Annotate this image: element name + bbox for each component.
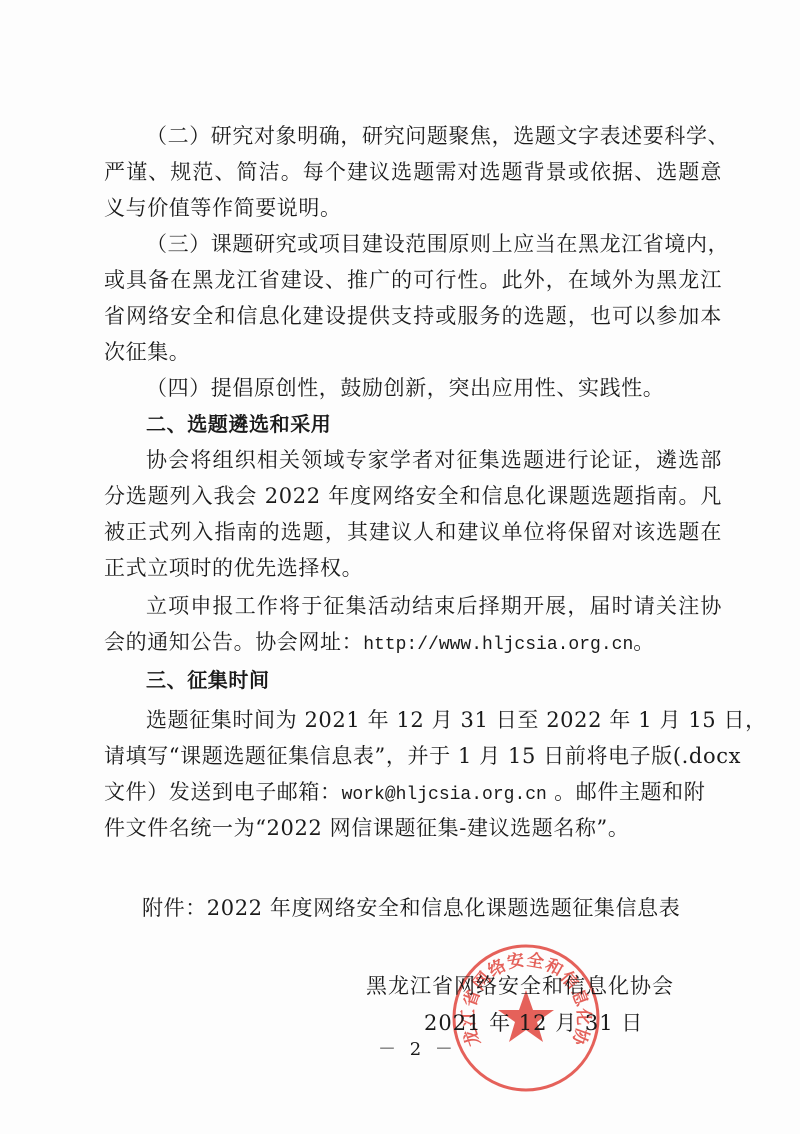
website-link[interactable]: http://www.hljcsia.org.cn: [363, 635, 633, 655]
section-2-line-1: 协会将组织相关领域专家学者对征集选题进行论证，遴选部: [146, 442, 722, 478]
section-2-line-2: 分选题列入我会 2022 年度网络安全和信息化课题选题指南。凡: [104, 478, 722, 514]
item-3-line-3: 省网络安全和信息化建设提供支持或服务的选题，也可以参加本: [104, 298, 722, 334]
signature-organization: 黑龙江省网络安全和信息化协会: [366, 968, 674, 1004]
page-number: － 2 －: [378, 1038, 457, 1062]
section-2-line-4: 正式立项时的优先选择权。: [104, 550, 722, 586]
attachment-note: 附件：2022 年度网络安全和信息化课题选题征集信息表: [142, 890, 742, 926]
document-page: （二）研究对象明确，研究问题聚焦，选题文字表述要科学、 严谨、规范、简洁。每个建…: [0, 0, 800, 1134]
section-2-line-5: 立项申报工作将于征集活动结束后择期开展，届时请关注协: [146, 588, 722, 624]
section-3-line-3: 文件）发送到电子邮箱：work@hljcsia.org.cn 。邮件主题和附: [104, 774, 722, 810]
section-2-line-3: 被正式列入指南的选题，其建议人和建议单位将保留对该选题在: [104, 514, 722, 550]
website-suffix: 。: [633, 630, 655, 654]
item-2-line-3: 义与价值等作简要说明。: [104, 190, 722, 226]
section-3-heading: 三、征集时间: [146, 662, 722, 698]
section-3-line-1: 选题征集时间为 2021 年 12 月 31 日至 2022 年 1 月 15 …: [146, 702, 722, 738]
signature-date: 2021 年 12 月 31 日: [424, 1005, 643, 1041]
email-link[interactable]: work@hljcsia.org.cn: [342, 785, 547, 805]
item-2-line-2: 严谨、规范、简洁。每个建议选题需对选题背景或依据、选题意: [104, 154, 722, 190]
section-3-line-4: 件文件名统一为“2022 网信课题征集-建议选题名称”。: [104, 810, 722, 846]
section-3-line-2: 请填写“课题选题征集信息表”，并于 1 月 15 日前将电子版(.docx: [104, 738, 722, 774]
item-3-line-4: 次征集。: [104, 334, 722, 370]
item-4-line-1: （四）提倡原创性，鼓励创新，突出应用性、实践性。: [146, 370, 722, 406]
item-3-line-2: 或具备在黑龙江省建设、推广的可行性。此外，在域外为黑龙江: [104, 262, 722, 298]
email-label: 文件）发送到电子邮箱：: [104, 780, 342, 804]
section-2-heading: 二、选题遴选和采用: [146, 406, 722, 442]
website-label: 会的通知公告。协会网址：: [104, 630, 363, 654]
item-3-line-1: （三）课题研究或项目建设范围原则上应当在黑龙江省境内，: [146, 226, 722, 262]
email-suffix: 。邮件主题和附: [547, 780, 705, 804]
section-2-line-6: 会的通知公告。协会网址：http://www.hljcsia.org.cn。: [104, 624, 722, 660]
item-2-line-1: （二）研究对象明确，研究问题聚焦，选题文字表述要科学、: [146, 118, 722, 154]
